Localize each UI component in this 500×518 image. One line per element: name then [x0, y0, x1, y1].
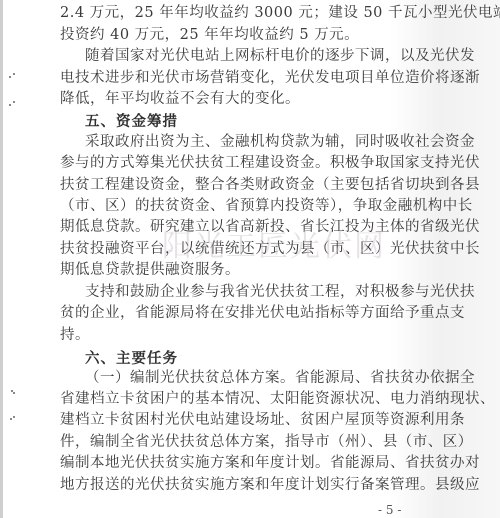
- section-heading-main-tasks: 六、主要任务: [85, 347, 178, 368]
- text-line: 投资约 40 万元，25 年年均收益约 5 万元。: [60, 26, 410, 44]
- text-line: 扶贫工程建设资金，整合各类财政资金（主要包括省切块到各县: [60, 176, 410, 194]
- text-line: 扶贫投融资平台，以统借统还方式为县（市、区）光伏扶贫中长: [60, 240, 410, 258]
- section-heading-funding: 五、资金筹措: [85, 110, 178, 131]
- text-line: 贫的企业，省能源局将在安排光伏电站指标等方面给予重点支: [60, 304, 410, 322]
- text-line: （一）编制光伏扶贫总体方案。省能源局、省扶贫办依据全: [85, 369, 410, 387]
- margin-mark: [8, 98, 16, 106]
- text-line: 采取政府出资为主、金融机构贷款为辅，同时吸收社会资金: [85, 133, 410, 151]
- text-line: 省建档立卡贫困户的基本情况、太阳能资源状况、电力消纳现状、: [60, 390, 410, 408]
- text-line: 随着国家对光伏电站上网标杆电价的逐步下调，以及光伏发: [85, 47, 410, 65]
- page-number: - 5 -: [378, 503, 401, 517]
- text-line: 2.4 万元，25 年年均收益约 3000 元；建设 50 千瓦小型光伏电站，: [60, 4, 410, 22]
- text-line: 期低息贷款提供融资服务。: [60, 261, 410, 279]
- text-line: 降低，年平均收益不会有大的变化。: [60, 90, 410, 108]
- text-line: 建档立卡贫困村光伏电站建设场址、贫困户屋顶等资源利用条: [60, 411, 410, 429]
- text-line: （市、区）的扶贫资金、省预算内投资等），争取金融机构中长: [60, 197, 410, 215]
- text-line: 电技术进步和光伏市场营销变化，光伏发电项目单位造价将逐渐: [60, 69, 410, 87]
- text-line: 支持和鼓励企业参与我省光伏扶贫工程，对积极参与光伏扶: [85, 283, 410, 301]
- margin-mark: [8, 414, 16, 422]
- text-line: 持。: [60, 326, 410, 344]
- text-line: 编制本地光伏扶贫实施方案和年度计划。省能源局、省扶贫办对: [60, 454, 410, 472]
- text-line: 期低息贷款。研究建立以省高新投、省长江投为主体的省级光伏: [60, 218, 410, 236]
- text-line: 件，编制全省光伏扶贫总体方案，指导市（州）、县（市、区）: [60, 433, 410, 451]
- text-line: 参与的方式筹集光伏扶贫工程建设资金。积极争取国家支持光伏: [60, 154, 410, 172]
- margin-mark: [8, 71, 16, 79]
- text-line: 地方报送的光伏扶贫实施方案和年度计划实行备案管理。县级应: [60, 476, 410, 494]
- document-page: 2.4 万元，25 年年均收益约 3000 元；建设 50 千瓦小型光伏电站，投…: [0, 0, 500, 518]
- margin-mark: [8, 388, 16, 396]
